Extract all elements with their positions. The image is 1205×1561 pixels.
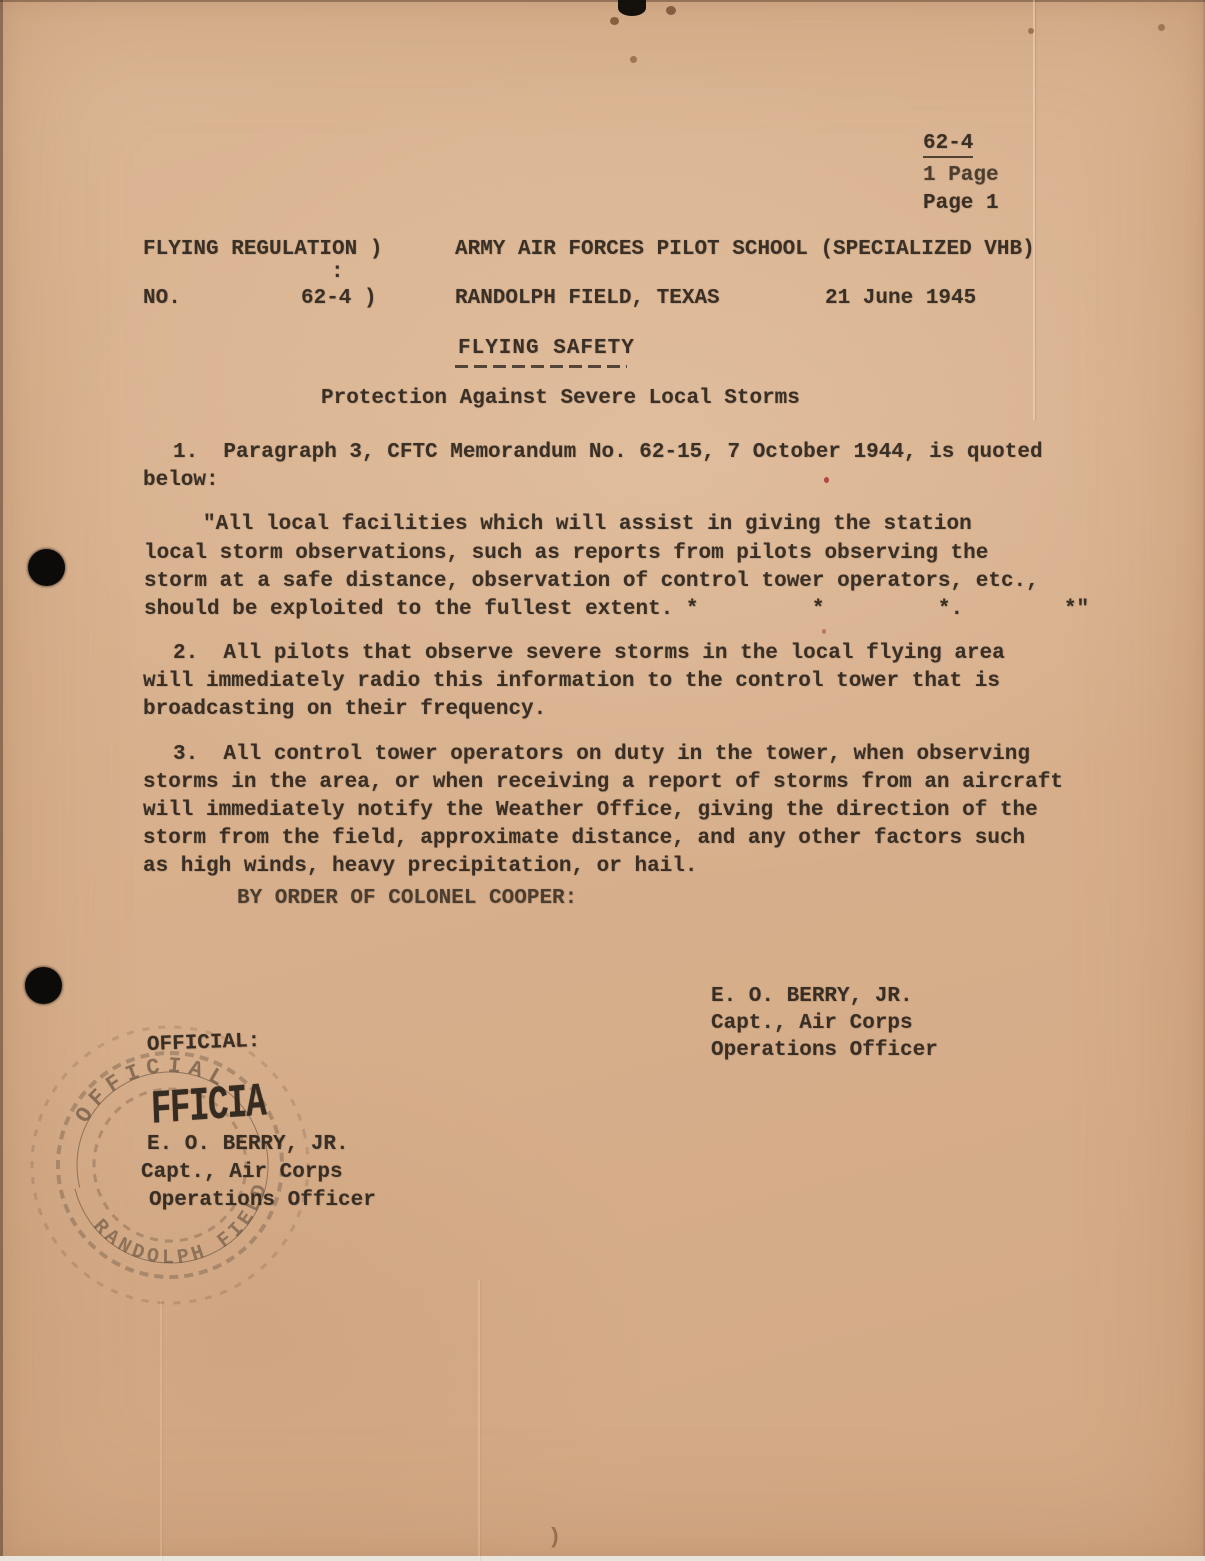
doc-number: 62-4 [923, 131, 973, 157]
header-date: 21 June 1945 [825, 286, 976, 312]
para1-line: below: [143, 468, 219, 494]
para3-line: storms in the area, or when receiving a … [143, 770, 1063, 796]
red-ink-dot [824, 477, 829, 483]
official-label: OFFICIAL: [147, 1029, 261, 1059]
quote-line: should be exploited to the fullest exten… [144, 597, 1089, 623]
paper-speck [666, 6, 676, 15]
paper-speck [610, 17, 619, 25]
hole-punch [28, 549, 65, 586]
para2-line: 2. All pilots that observe severe storms… [173, 641, 1005, 667]
header-number-value: 62-4 ) [301, 286, 377, 312]
header-org-line: ARMY AIR FORCES PILOT SCHOOL (SPECIALIZE… [455, 237, 1035, 263]
header-number-label: NO. [143, 286, 181, 312]
by-order-line: BY ORDER OF COLONEL COOPER: [237, 886, 577, 912]
para2-line: broadcasting on their frequency. [143, 697, 546, 723]
hole-punch [25, 967, 62, 1004]
doc-length: 1 Page [923, 163, 999, 189]
doc-number-text: 62-4 [923, 132, 973, 158]
scan-edge-top [0, 0, 1205, 2]
paper-crease [160, 1300, 162, 1561]
signer-title: Operations Officer [711, 1038, 938, 1064]
para3-line: as high winds, heavy precipitation, or h… [143, 854, 698, 880]
page-title: FLYING SAFETY [458, 336, 635, 362]
paper-speck [1158, 24, 1165, 31]
quote-line: local storm observations, such as report… [144, 541, 988, 567]
signer-rank: Capt., Air Corps [711, 1011, 913, 1037]
quote-line: "All local facilities which will assist … [203, 512, 972, 538]
paper-speck [630, 56, 637, 63]
para2-line: will immediately radio this information … [143, 669, 1000, 695]
header-location: RANDOLPH FIELD, TEXAS [455, 286, 720, 312]
scan-edge-left [0, 0, 3, 1561]
signer-name: E. O. BERRY, JR. [711, 984, 913, 1010]
official-signer-title: Operations Officer [149, 1188, 376, 1214]
para1-line: 1. Paragraph 3, CFTC Memorandum No. 62-1… [173, 440, 1043, 466]
para3-line: storm from the field, approximate distan… [143, 826, 1025, 852]
document-page: 62-4 1 Page Page 1 FLYING REGULATION ) A… [0, 0, 1205, 1561]
page-number: Page 1 [923, 191, 999, 217]
paper-speck [618, 0, 646, 16]
stamp-overprint-text: FFICIA [150, 1076, 266, 1138]
scan-edge-bottom [0, 1556, 1205, 1561]
page-subtitle: Protection Against Severe Local Storms [321, 386, 800, 412]
para3-line: will immediately notify the Weather Offi… [143, 798, 1038, 824]
header-separator-colon: : [331, 260, 344, 286]
official-signer-rank: Capt., Air Corps [141, 1160, 343, 1186]
paper-speck [822, 629, 826, 634]
title-underline [455, 365, 627, 368]
paper-speck [1028, 28, 1034, 34]
para3-line: 3. All control tower operators on duty i… [173, 742, 1030, 768]
quote-line: storm at a safe distance, observation of… [144, 569, 1039, 595]
header-left-line1: FLYING REGULATION ) [143, 237, 382, 263]
stray-mark: ) [548, 1525, 561, 1550]
paper-crease [1033, 0, 1035, 420]
paper-crease [478, 1280, 480, 1561]
